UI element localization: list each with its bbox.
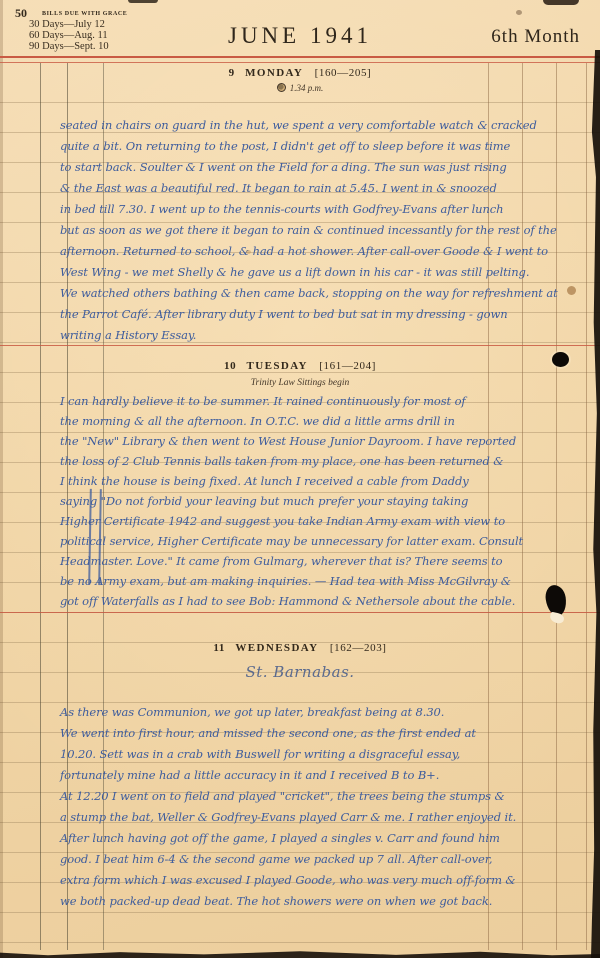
handwritten-line: writing a History Essay. <box>60 325 558 346</box>
grace-number: 50 <box>15 6 27 21</box>
handwritten-line: quite a bit. On returning to the post, I… <box>60 136 558 157</box>
handwritten-line: we both packed-up dead beat. The hot sho… <box>60 891 516 912</box>
handwritten-line: Higher Certificate 1942 and suggest you … <box>60 511 523 531</box>
tuesday-entry: I can hardly believe it to be summer. It… <box>60 391 523 611</box>
handwritten-line: the loss of 2 Club Tennis balls taken fr… <box>60 451 523 471</box>
handwritten-line: the morning & all the afternoon. In O.T.… <box>60 411 523 431</box>
handwritten-line: the "New" Library & then went to West Ho… <box>60 431 523 451</box>
handwritten-line: political service, Higher Certificate ma… <box>60 531 523 551</box>
header-red-rule-thin <box>0 62 600 63</box>
moon-phase-line: 1.34 p.m. <box>0 83 600 93</box>
moon-phase-time: 1.34 p.m. <box>290 83 324 93</box>
monday-header: 9 MONDAY [160—205] <box>0 67 600 79</box>
diary-page: 50 BILLS DUE WITH GRACE 30 Days—July 12 … <box>0 0 600 958</box>
tuesday-header: 10 TUESDAY [161—204] <box>0 360 600 372</box>
monday-day-range: [160—205] <box>315 67 372 79</box>
month-ordinal: 6th Month <box>491 26 580 48</box>
ledger-line-left-1 <box>40 63 41 950</box>
handwritten-line: seated in chairs on guard in the hut, we… <box>60 115 558 136</box>
tuesday-day-range: [161—204] <box>319 360 376 372</box>
handwritten-line: At 12.20 I went on to field and played "… <box>60 786 516 807</box>
handwritten-line: West Wing - we met Shelly & he gave us a… <box>60 262 558 283</box>
handwritten-line: afternoon. Returned to school, & had a h… <box>60 241 558 262</box>
handwritten-line: Headmaster. Love." It came from Gulmarg,… <box>60 551 523 571</box>
handwritten-line: to start back. Soulter & I went on the F… <box>60 157 558 178</box>
handwritten-line: got off Waterfalls as I had to see Bob: … <box>60 591 523 611</box>
handwritten-line: in bed till 7.30. I went up to the tenni… <box>60 199 558 220</box>
page-left-edge <box>0 0 3 958</box>
handwritten-line: but as soon as we got there it began to … <box>60 220 558 241</box>
wednesday-entry: As there was Communion, we got up later,… <box>60 702 516 912</box>
handwritten-line: extra form which I was excused I played … <box>60 870 516 891</box>
header-red-rule-thick <box>0 56 600 58</box>
handwritten-line: fortunately mine had a little accuracy i… <box>60 765 516 786</box>
ledger-line-right-4 <box>586 63 587 950</box>
tuesday-separator-rule <box>0 612 600 613</box>
handwritten-line: As there was Communion, we got up later,… <box>60 702 516 723</box>
punch-hole <box>552 352 569 367</box>
wednesday-header: 11 WEDNESDAY [162—203] <box>0 642 600 654</box>
handwritten-line: After lunch having got off the game, I p… <box>60 828 516 849</box>
top-edge-mark <box>128 0 158 3</box>
handwritten-line: be no Army exam, but am making inquiries… <box>60 571 523 591</box>
handwritten-line: 10.20. Sett was in a crab with Buswell f… <box>60 744 516 765</box>
handwritten-line: the Parrot Café. After library duty I we… <box>60 304 558 325</box>
grace-label: BILLS DUE WITH GRACE <box>42 11 127 17</box>
handwritten-line: & the East was a beautiful red. It began… <box>60 178 558 199</box>
top-edge-mark <box>543 0 579 5</box>
handwritten-line: good. I beat him 6-4 & the second game w… <box>60 849 516 870</box>
handwritten-line: We watched others bathing & then came ba… <box>60 283 558 304</box>
handwritten-line: I think the house is being fixed. At lun… <box>60 471 523 491</box>
law-sittings-note: Trinity Law Sittings begin <box>0 378 600 388</box>
torn-bottom-edge <box>0 949 600 958</box>
torn-right-edge <box>591 50 600 958</box>
monday-entry: seated in chairs on guard in the hut, we… <box>60 115 558 346</box>
wednesday-day-number: 11 <box>213 642 225 654</box>
handwritten-line: I can hardly believe it to be summer. It… <box>60 391 523 411</box>
full-moon-icon <box>277 83 286 92</box>
monday-day-number: 9 <box>229 67 235 79</box>
saint-day-note: St. Barnabas. <box>0 663 600 681</box>
paper-stain <box>567 286 576 295</box>
wednesday-day-range: [162—203] <box>330 642 387 654</box>
tuesday-day-name: TUESDAY <box>247 360 308 372</box>
wednesday-day-name: WEDNESDAY <box>235 642 318 654</box>
monday-day-name: MONDAY <box>245 67 303 79</box>
paper-stain <box>246 250 251 254</box>
handwritten-line: We went into first hour, and missed the … <box>60 723 516 744</box>
handwritten-line: a stump the bat, Weller & Godfrey-Evans … <box>60 807 516 828</box>
paper-stain <box>516 10 522 15</box>
handwritten-line: saying "Do not forbid your leaving but m… <box>60 491 523 511</box>
tuesday-day-number: 10 <box>224 360 236 372</box>
